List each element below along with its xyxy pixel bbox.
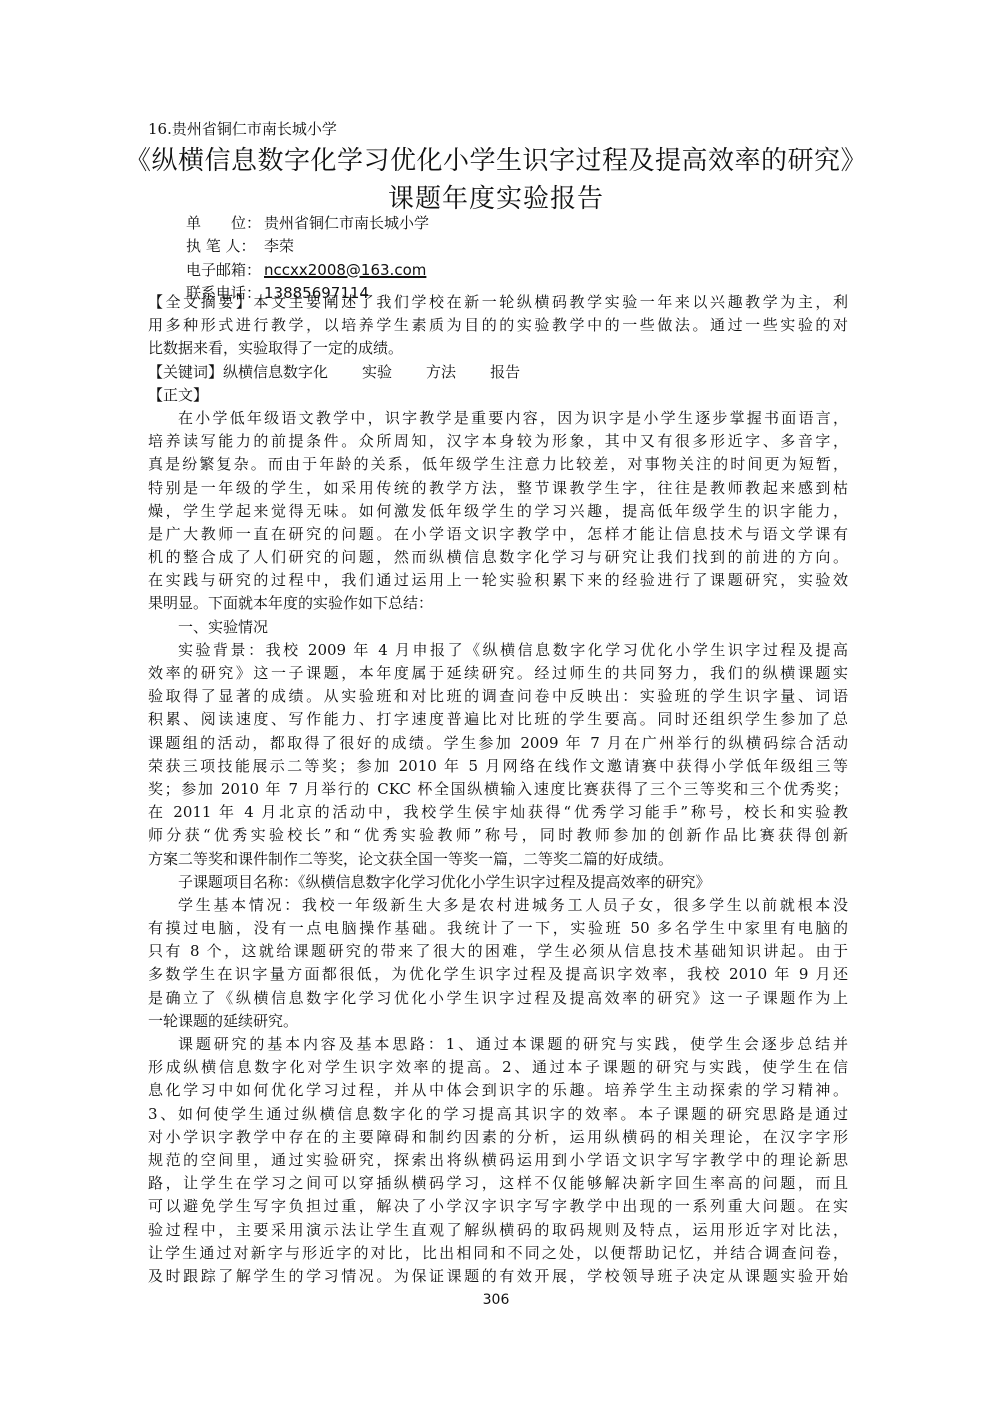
body-heading: 【正文】 [148,384,848,407]
background-paragraph: 实验背景：我校 2009 年 4 月申报了《纵横信息数字化学习优化小学生识字过程… [148,639,848,871]
keyword-item: 报告 [490,363,520,381]
paragraph-line: 奖；参加 2010 年 7 月举行的 CKC 杯全国纵横输入速度比赛获得了三个三… [148,778,848,801]
abstract-line: 比数据来看，实验取得了一定的成绩。 [148,337,848,360]
paragraph-line: 形成纵横信息数字化对学生识字效率的提高。2、通过本子课题的研究与实践，使学生在信 [148,1056,848,1079]
paragraph-line: 机的整合成了人们研究的问题，然而纵横信息数字化学习与研究让我们找到的前进的方向。 [148,546,848,569]
unit-label: 单 位： [186,212,264,235]
document-number: 16.贵州省铜仁市南长城小学 [148,118,337,139]
paragraph-line: 只有 8 个，这就给课题研究的带来了很大的困难，学生必须从信息技术基础知识讲起。… [148,940,848,963]
abstract-line: 【全文摘要】本文主要阐述了我们学校在新一轮纵横码教学实验一年来以兴趣教学为主，利 [148,291,848,314]
paragraph-line: 规范的空间里，通过实验研究，探索出将纵横码运用到小学语文识字写字教学中的理论新思 [148,1149,848,1172]
paragraph-line: 荣获三项技能展示二等奖；参加 2010 年 5 月网络在线作文邀请赛中获得小学低… [148,755,848,778]
paragraph-line: 验取得了显著的成绩。从实验班和对比班的调查问卷中反映出：实验班的学生识字量、词语 [148,685,848,708]
paragraph-line: 对小学识字教学中存在的主要障碍和制约因素的分析，运用纵横码的相关理论，在汉字字形 [148,1126,848,1149]
paragraph-line: 特别是一年级的学生，如采用传统的教学方法，整节课教学生字，往往是教师教起来感到枯 [148,477,848,500]
keyword-item: 实验 [362,363,392,381]
paragraph-line: 方案二等奖和课件制作二等奖，论文获全国一等奖一篇，二等奖二篇的好成绩。 [148,848,848,871]
paragraph-line: 一轮课题的延续研究。 [148,1010,848,1033]
paragraph-line: 培养读写能力的前提条件。众所周知，汉字本身较为形象，其中又有很多形近字、多音字， [148,430,848,453]
abstract-line: 用多种形式进行教学，以培养学生素质为目的的实验教学中的一些做法。通过一些实验的对 [148,314,848,337]
email-link[interactable]: nccxx2008@163.com [264,261,426,279]
paragraph-line: 效率的研究》这一子课题，本年度属于延续研究。经过师生的共同努力，我们的纵横课题实 [148,662,848,685]
paragraph-line: 课题研究的基本内容及基本思路：1、通过本课题的研究与实践，使学生会逐步总结并 [148,1033,848,1056]
paragraph-line: 在实践与研究的过程中，我们通过运用上一轮实验积累下来的经验进行了课题研究，实验效 [148,569,848,592]
keywords-label: 【关键词】 [148,363,223,381]
paragraph-line: 有摸过电脑，没有一点电脑操作基础。我统计了一下，实验班 50 多名学生中家里有电… [148,917,848,940]
unit-value: 贵州省铜仁市南长城小学 [264,214,429,232]
paragraph-line: 实验背景：我校 2009 年 4 月申报了《纵横信息数字化学习优化小学生识字过程… [148,639,848,662]
paragraph-line: 课题组的活动，都取得了很好的成绩。学生参加 2009 年 7 月在广州举行的纵横… [148,732,848,755]
paragraph-line: 是确立了《纵横信息数字化学习优化小学生识字过程及提高效率的研究》这一子课题作为上 [148,987,848,1010]
subproject-name: 子课题项目名称：《纵横信息数字化学习优化小学生识字过程及提高效率的研究》 [148,871,848,894]
content-paragraph: 课题研究的基本内容及基本思路：1、通过本课题的研究与实践，使学生会逐步总结并 形… [148,1033,848,1288]
paragraph-line: 让学生通过对新字与形近字的对比，比出相同和不同之处，以便帮助记忆，并结合调查问卷… [148,1242,848,1265]
page-subtitle: 课题年度实验报告 [0,178,992,215]
keyword-item: 方法 [426,363,456,381]
document-body: 【全文摘要】本文主要阐述了我们学校在新一轮纵横码教学实验一年来以兴趣教学为主，利… [148,291,848,1288]
students-paragraph: 学生基本情况：我校一年级新生大多是农村进城务工人员子女，很多学生以前就根本没 有… [148,894,848,1033]
paragraph-line: 真是纷繁复杂。而由于年龄的关系，低年级学生注意力比较差，对事物关注的时间更为短暂… [148,453,848,476]
author-row: 执 笔 人：李荣 [186,235,429,258]
document-page: 16.贵州省铜仁市南长城小学 《纵横信息数字化学习优化小学生识字过程及提高效率的… [0,0,992,1403]
section-heading: 一、实验情况 [148,616,848,639]
paragraph-line: 是广大教师一直在研究的问题。在小学语文识字教学中，怎样才能让信息技术与语文学课有 [148,523,848,546]
paragraph-line: 多数学生在识字量方面都很低，为优化学生识字过程及提高识字效率，我校 2010 年… [148,963,848,986]
paragraph-line: 师分获“优秀实验校长”和“优秀实验教师”称号，同时教师参加的创新作品比赛获得创新 [148,824,848,847]
paragraph-line: 路，让学生在学习之间可以穿插纵横码学习，这样不仅能够解决新字回生率高的问题，而且 [148,1172,848,1195]
paragraph-line: 3、如何使学生通过纵横信息数字化的学习提高其识字的效率。本子课题的研究思路是通过 [148,1103,848,1126]
abstract: 【全文摘要】本文主要阐述了我们学校在新一轮纵横码教学实验一年来以兴趣教学为主，利… [148,291,848,361]
paragraph-line: 学生基本情况：我校一年级新生大多是农村进城务工人员子女，很多学生以前就根本没 [148,894,848,917]
keyword-item: 纵横信息数字化 [223,363,328,381]
paragraph-line: 可以避免学生写字负担过重，解决了小学汉字识字写字教学中出现的一系列重大问题。在实 [148,1195,848,1218]
paragraph-line: 验过程中，主要采用演示法让学生直观了解纵横码的取码规则及特点，运用形近字对比法， [148,1219,848,1242]
paragraph-line: 在小学低年级语文教学中，识字教学是重要内容，因为识字是小学生逐步掌握书面语言， [148,407,848,430]
paragraph-line: 在 2011 年 4 月北京的活动中，我校学生侯宇灿获得“优秀学习能手”称号，校… [148,801,848,824]
author-label: 执 笔 人： [186,235,264,258]
page-number: 306 [0,1292,992,1308]
paragraph-line: 积累、阅读速度、写作能力、打字速度普遍比对比班的学生要高。同时还组织学生参加了总 [148,708,848,731]
page-title: 《纵横信息数字化学习优化小学生识字过程及提高效率的研究》 [0,140,992,177]
unit-row: 单 位：贵州省铜仁市南长城小学 [186,212,429,235]
paragraph-line: 燥，学生学起来觉得无味。如何激发低年级学生的学习兴趣，提高低年级学生的识字能力， [148,500,848,523]
author-value: 李荣 [264,237,294,255]
paragraph-line: 果明显。下面就本年度的实验作如下总结： [148,592,848,615]
intro-paragraph: 在小学低年级语文教学中，识字教学是重要内容，因为识字是小学生逐步掌握书面语言， … [148,407,848,616]
keywords: 【关键词】纵横信息数字化实验方法报告 [148,361,848,384]
paragraph-line: 息化学习中如何优化学习过程，并从中体会到识字的乐趣。培养学生主动探索的学习精神。 [148,1079,848,1102]
email-row: 电子邮箱：nccxx2008@163.com [186,259,429,282]
email-label: 电子邮箱： [186,259,264,282]
paragraph-line: 及时跟踪了解学生的学习情况。为保证课题的有效开展，学校领导班子决定从课题实验开始 [148,1265,848,1288]
